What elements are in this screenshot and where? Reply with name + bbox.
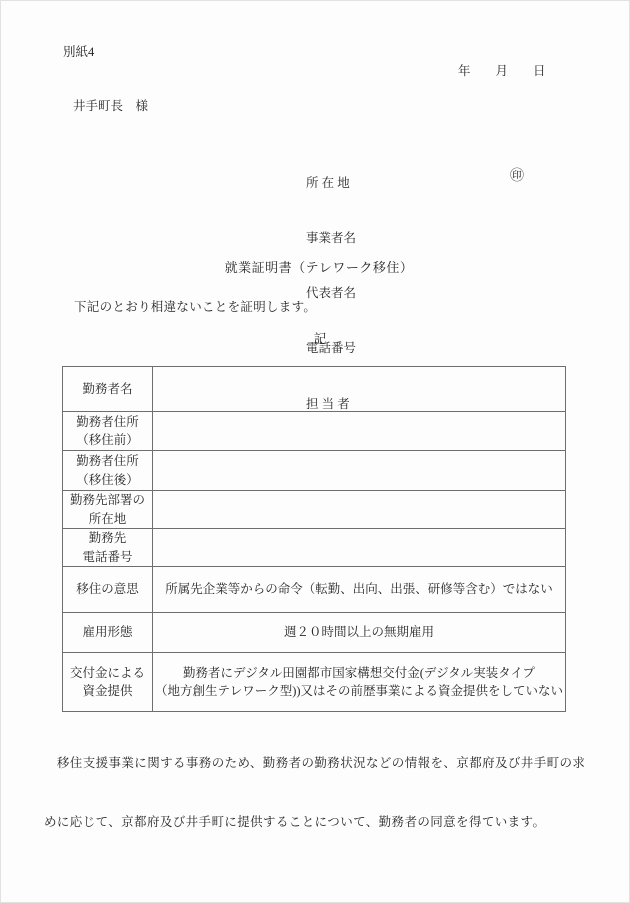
table-row: 雇用形態週２０時間以上の無期雇用 — [63, 613, 565, 653]
row-label-cell: 勤務者名 — [63, 367, 153, 411]
document-page: 別紙4 年 月 日 井手町長 様 所 在 地 事業者名 代表者名 電話番号 担 … — [0, 0, 630, 903]
row-label-line: 勤務者名 — [82, 380, 132, 399]
row-value-line: （地方創生テレワーク型))又はその前歴事業による資金提供をしていない — [155, 682, 563, 701]
table-row: 勤務者名 — [63, 367, 565, 412]
table-row: 勤務者住所（移住前） — [63, 412, 565, 451]
row-label-line: 勤務者住所 — [76, 413, 139, 432]
row-label-line: （移住後） — [76, 471, 139, 490]
table-row: 勤務先電話番号 — [63, 529, 565, 567]
row-value-cell — [153, 451, 565, 490]
row-label-cell: 勤務先部署の所在地 — [63, 491, 153, 528]
sender-business-name-label: 事業者名 — [306, 229, 356, 247]
row-label-cell: 勤務者住所（移住後） — [63, 451, 153, 490]
row-label-line: 勤務先部署の — [70, 491, 145, 510]
row-label-cell: 雇用形態 — [63, 613, 153, 652]
row-label-line: 勤務者住所 — [76, 452, 139, 471]
row-label-line: 勤務先 — [89, 529, 127, 548]
row-label-line: 所在地 — [89, 510, 127, 529]
row-value-cell: 週２０時間以上の無期雇用 — [153, 613, 565, 652]
certificate-table: 勤務者名勤務者住所（移住前）勤務者住所（移住後）勤務先部署の所在地勤務先電話番号… — [62, 366, 566, 712]
row-value-cell: 勤務者にデジタル田園都市国家構想交付金(デジタル実装タイプ（地方創生テレワーク型… — [153, 653, 565, 711]
row-label-line: 資金提供 — [82, 682, 132, 701]
row-label-line: 移住の意思 — [76, 580, 139, 599]
seal-mark-icon: ㊞ — [510, 169, 524, 186]
table-row: 交付金による資金提供勤務者にデジタル田園都市国家構想交付金(デジタル実装タイプ（… — [63, 653, 565, 711]
row-value-cell: 所属先企業等からの命令（転勤、出向、出張、研修等含む）ではない — [153, 567, 565, 612]
table-row: 勤務先部署の所在地 — [63, 491, 565, 529]
addressee: 井手町長 様 — [73, 99, 148, 114]
row-label-cell: 勤務者住所（移住前） — [63, 412, 153, 450]
row-label-cell: 交付金による資金提供 — [63, 653, 153, 711]
table-row: 勤務者住所（移住後） — [63, 451, 565, 491]
sender-address-label: 所 在 地 — [306, 174, 356, 192]
document-title: 就業証明書（テレワーク移住） — [0, 260, 630, 276]
table-row: 移住の意思所属先企業等からの命令（転勤、出向、出張、研修等含む）ではない — [63, 567, 565, 613]
declaration-sentence: 下記のとおり相違ないことを証明します。 — [74, 300, 316, 315]
consent-line-1: 移住支援事業に関する事務のため、勤務者の勤務状況などの情報を、京都府及び井手町の… — [44, 754, 600, 774]
row-value-line: 所属先企業等からの命令（転勤、出向、出張、研修等含む）ではない — [165, 580, 553, 599]
date-line: 年 月 日 — [458, 64, 546, 79]
consent-line-2: めに応じて、京都府及び井手町に提供することについて、勤務者の同意を得ています。 — [44, 813, 600, 833]
row-value-cell — [153, 367, 565, 411]
row-label-line: 雇用形態 — [82, 623, 132, 642]
row-value-cell — [153, 529, 565, 566]
row-label-line: （移住前） — [76, 431, 139, 450]
row-label-cell: 移住の意思 — [63, 567, 153, 612]
row-label-line: 交付金による — [70, 664, 145, 683]
row-value-line: 勤務者にデジタル田園都市国家構想交付金(デジタル実装タイプ — [183, 664, 535, 683]
row-value-line: 週２０時間以上の無期雇用 — [284, 623, 434, 642]
row-value-cell — [153, 412, 565, 450]
row-label-cell: 勤務先電話番号 — [63, 529, 153, 566]
attachment-label: 別紙4 — [63, 45, 94, 60]
consent-paragraph: 移住支援事業に関する事務のため、勤務者の勤務状況などの情報を、京都府及び井手町の… — [44, 714, 600, 872]
row-label-line: 電話番号 — [82, 548, 132, 567]
row-value-cell — [153, 491, 565, 528]
ki-marker: 記 — [0, 332, 630, 347]
